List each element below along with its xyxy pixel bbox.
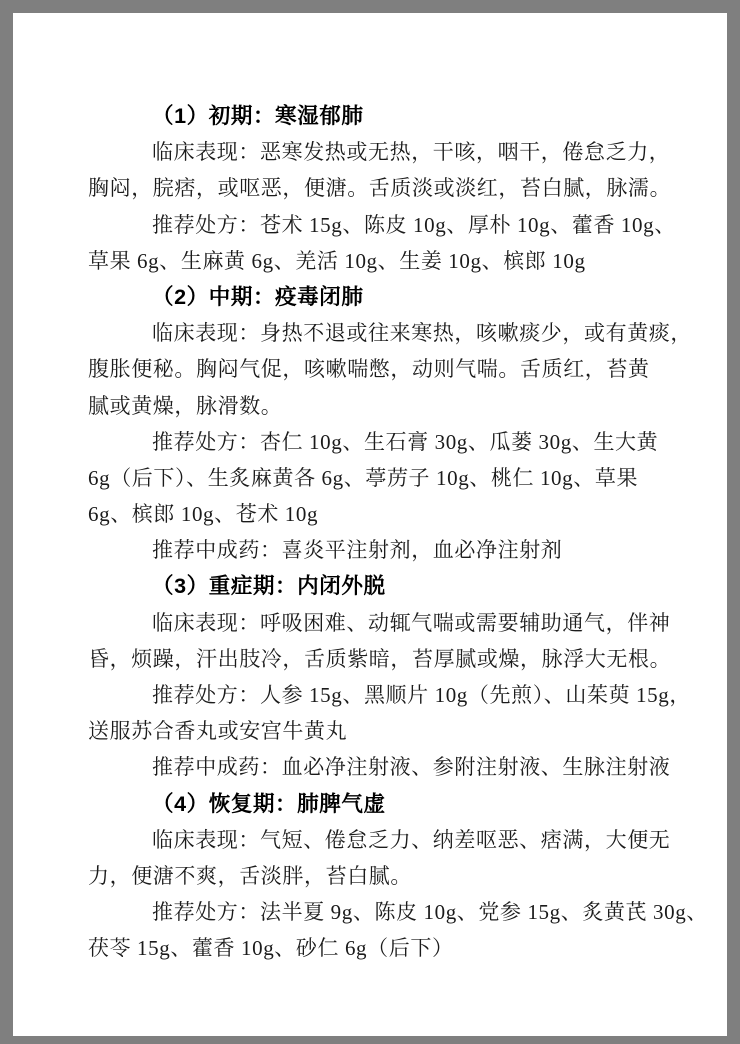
document-content: （1）初期：寒湿郁肺 临床表现：恶寒发热或无热，干咳，咽干，倦怠乏力， 胸闷，脘… bbox=[13, 13, 727, 967]
text-line: 昏，烦躁，汗出肢冷，舌质紫暗，苔厚腻或燥，脉浮大无根。 bbox=[88, 641, 639, 677]
section-1-heading: （1）初期：寒湿郁肺 bbox=[88, 98, 639, 134]
text-line: 临床表现：呼吸困难、动辄气喘或需要辅助通气，伴神 bbox=[88, 605, 639, 641]
text-line: 送服苏合香丸或安宫牛黄丸 bbox=[88, 713, 639, 749]
document-viewport[interactable]: （1）初期：寒湿郁肺 临床表现：恶寒发热或无热，干咳，咽干，倦怠乏力， 胸闷，脘… bbox=[0, 0, 740, 1044]
text-line: 推荐处方：法半夏 9g、陈皮 10g、党参 15g、炙黄芪 30g、 bbox=[88, 894, 639, 930]
text-line: 推荐中成药：喜炎平注射剂，血必净注射剂 bbox=[88, 532, 639, 568]
text-line: 推荐处方：人参 15g、黑顺片 10g（先煎）、山茱萸 15g， bbox=[88, 677, 639, 713]
text-line: 腻或黄燥，脉滑数。 bbox=[88, 388, 639, 424]
text-line: 6g、槟郎 10g、苍术 10g bbox=[88, 496, 639, 532]
text-line: 推荐处方：苍术 15g、陈皮 10g、厚朴 10g、藿香 10g、 bbox=[88, 207, 639, 243]
text-line: 力，便溏不爽，舌淡胖，苔白腻。 bbox=[88, 858, 639, 894]
text-line: 草果 6g、生麻黄 6g、羌活 10g、生姜 10g、槟郎 10g bbox=[88, 243, 639, 279]
section-2-heading: （2）中期：疫毒闭肺 bbox=[88, 279, 639, 315]
text-line: 胸闷，脘痞，或呕恶，便溏。舌质淡或淡红，苔白腻，脉濡。 bbox=[88, 170, 639, 206]
text-line: 临床表现：气短、倦怠乏力、纳差呕恶、痞满，大便无 bbox=[88, 822, 639, 858]
document-page: （1）初期：寒湿郁肺 临床表现：恶寒发热或无热，干咳，咽干，倦怠乏力， 胸闷，脘… bbox=[13, 13, 727, 1036]
text-line: 推荐中成药：血必净注射液、参附注射液、生脉注射液 bbox=[88, 749, 639, 785]
section-3-heading: （3）重症期：内闭外脱 bbox=[88, 568, 639, 604]
text-line: 推荐处方：杏仁 10g、生石膏 30g、瓜蒌 30g、生大黄 bbox=[88, 424, 639, 460]
text-line: 临床表现：身热不退或往来寒热，咳嗽痰少，或有黄痰， bbox=[88, 315, 639, 351]
text-line: 6g（后下）、生炙麻黄各 6g、葶苈子 10g、桃仁 10g、草果 bbox=[88, 460, 639, 496]
text-line: 腹胀便秘。胸闷气促，咳嗽喘憋，动则气喘。舌质红，苔黄 bbox=[88, 351, 639, 387]
section-4-heading: （4）恢复期：肺脾气虚 bbox=[88, 786, 639, 822]
text-line: 临床表现：恶寒发热或无热，干咳，咽干，倦怠乏力， bbox=[88, 134, 639, 170]
text-line: 茯苓 15g、藿香 10g、砂仁 6g（后下） bbox=[88, 930, 639, 966]
